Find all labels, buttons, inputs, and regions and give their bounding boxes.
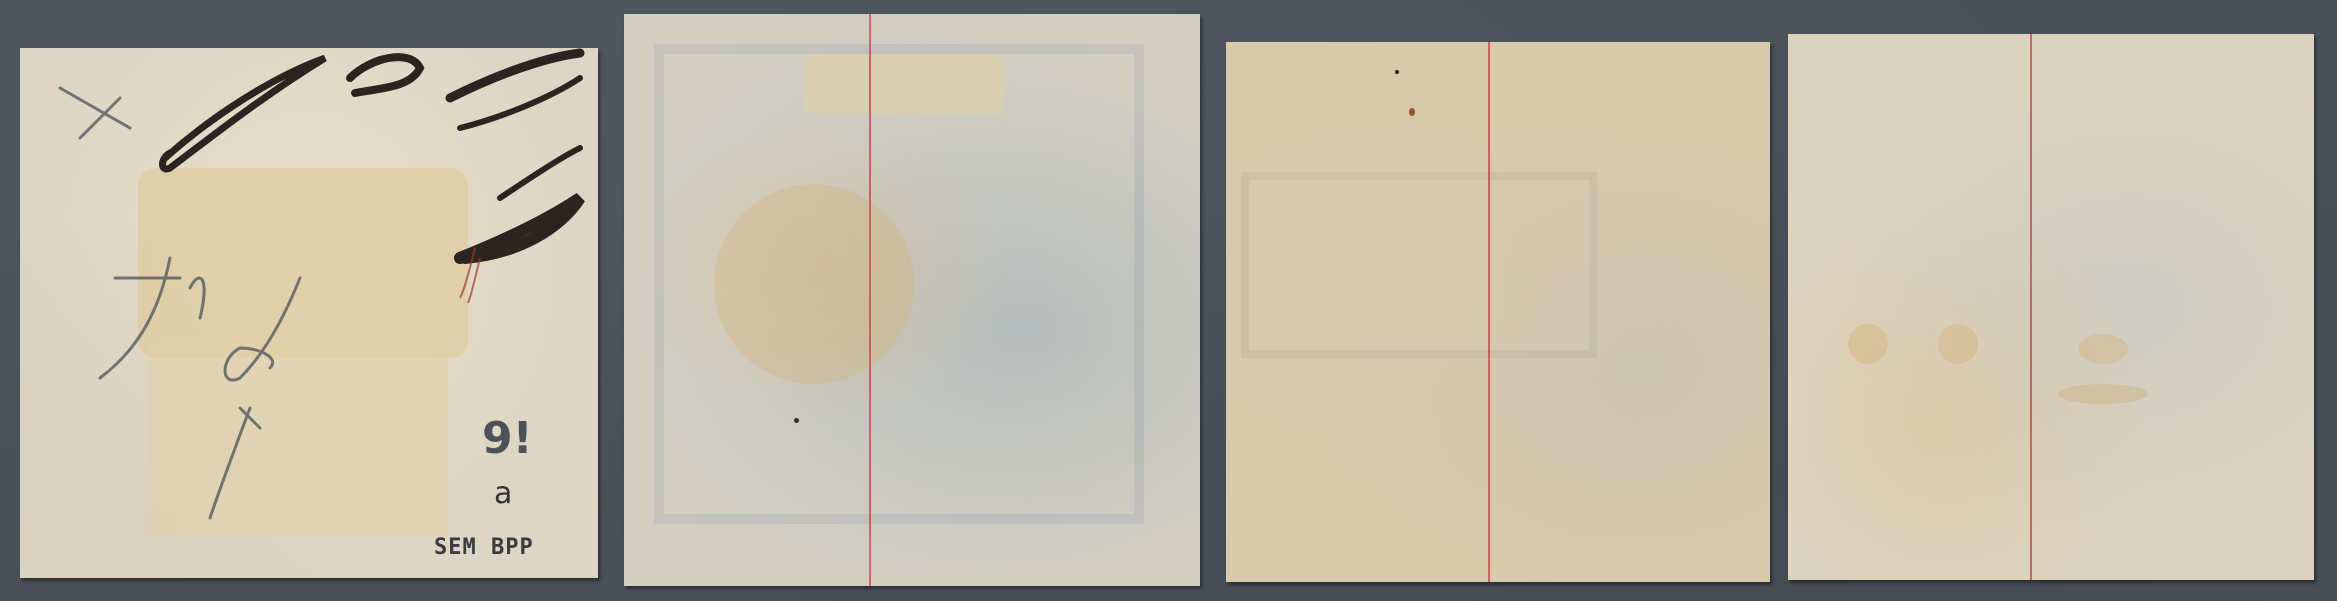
toning-spot	[2078, 334, 2128, 364]
red-silk-thread	[869, 14, 871, 586]
stamp-back-2	[624, 14, 1200, 586]
toning-spot	[2058, 384, 2148, 404]
stamp-back-4	[1788, 34, 2314, 580]
stamp-back-1: 9! a SEM BPP	[20, 48, 598, 578]
pencil-number-mark: 9!	[482, 413, 533, 464]
stamp-back-3	[1226, 42, 1770, 582]
pencil-letter-mark: a	[494, 476, 512, 511]
overprint-show-through	[1241, 172, 1597, 358]
toning-spot	[1848, 324, 1888, 364]
toning-spot	[714, 184, 914, 384]
red-silk-thread	[1488, 42, 1490, 582]
ink-dot	[1395, 70, 1399, 74]
hinge-remnant	[804, 54, 1004, 114]
expert-signature-mark: SEM BPP	[434, 535, 534, 560]
rust-spot	[1409, 108, 1415, 116]
red-silk-thread	[2030, 34, 2032, 580]
ink-dot	[794, 418, 799, 423]
toning-spot	[1938, 324, 1978, 364]
